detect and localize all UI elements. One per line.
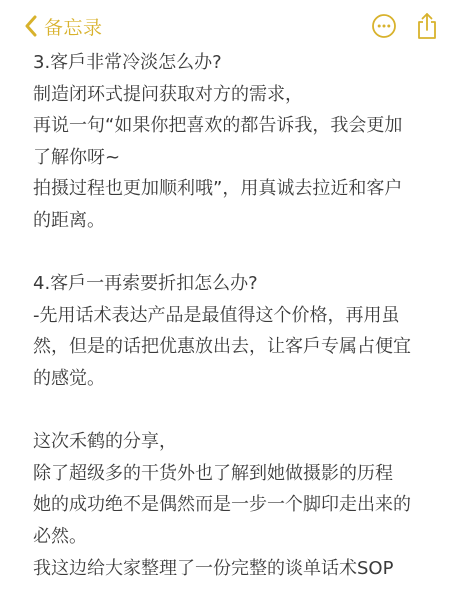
more-button[interactable] [371, 13, 397, 39]
back-label: 备忘录 [44, 13, 103, 40]
note-line: 再说一句“如果你把喜欢的都告诉我，我会更加 [33, 110, 443, 142]
note-line: 这次禾鹤的分享， [33, 426, 443, 458]
share-button[interactable] [415, 11, 441, 37]
navigation-bar: 备忘录 [0, 0, 458, 50]
note-line: -先用话术表达产品是最值得这个价格，再用虽 [33, 300, 443, 332]
ellipsis-circle-icon [371, 13, 397, 39]
note-blank-line [33, 237, 443, 269]
note-line: 4.客戶一再索要折扣怎么办? [33, 268, 443, 300]
note-line: 然，但是的话把优惠放出去，让客戶专属占便宜 [33, 331, 443, 363]
note-blank-line [33, 395, 443, 427]
note-line: 的距离。 [33, 205, 443, 237]
note-line: 拍摄过程也更加顺利哦”，用真诚去拉近和客户 [33, 173, 443, 205]
note-line: 她的成功绝不是偶然而是一步一个脚印走出来的 [33, 489, 443, 521]
note-line: 我这边给大家整理了一份完整的谈单话术SOP [33, 553, 443, 585]
note-line: 3.客戶非常冷淡怎么办? [33, 47, 443, 79]
share-icon [415, 11, 441, 41]
note-line: 制造闭环式提问获取对方的需求， [33, 79, 443, 111]
back-button[interactable]: 备忘录 [24, 12, 103, 40]
note-body[interactable]: 3.客戶非常冷淡怎么办? 制造闭环式提问获取对方的需求， 再说一句“如果你把喜欢… [33, 47, 443, 584]
note-line: 的感觉。 [33, 363, 443, 395]
chevron-left-icon [24, 15, 38, 37]
note-line: 了解你呀~ [33, 142, 443, 174]
note-line: 必然。 [33, 521, 443, 553]
note-line: 除了超级多的干货外也了解到她做摄影的历程 [33, 458, 443, 490]
